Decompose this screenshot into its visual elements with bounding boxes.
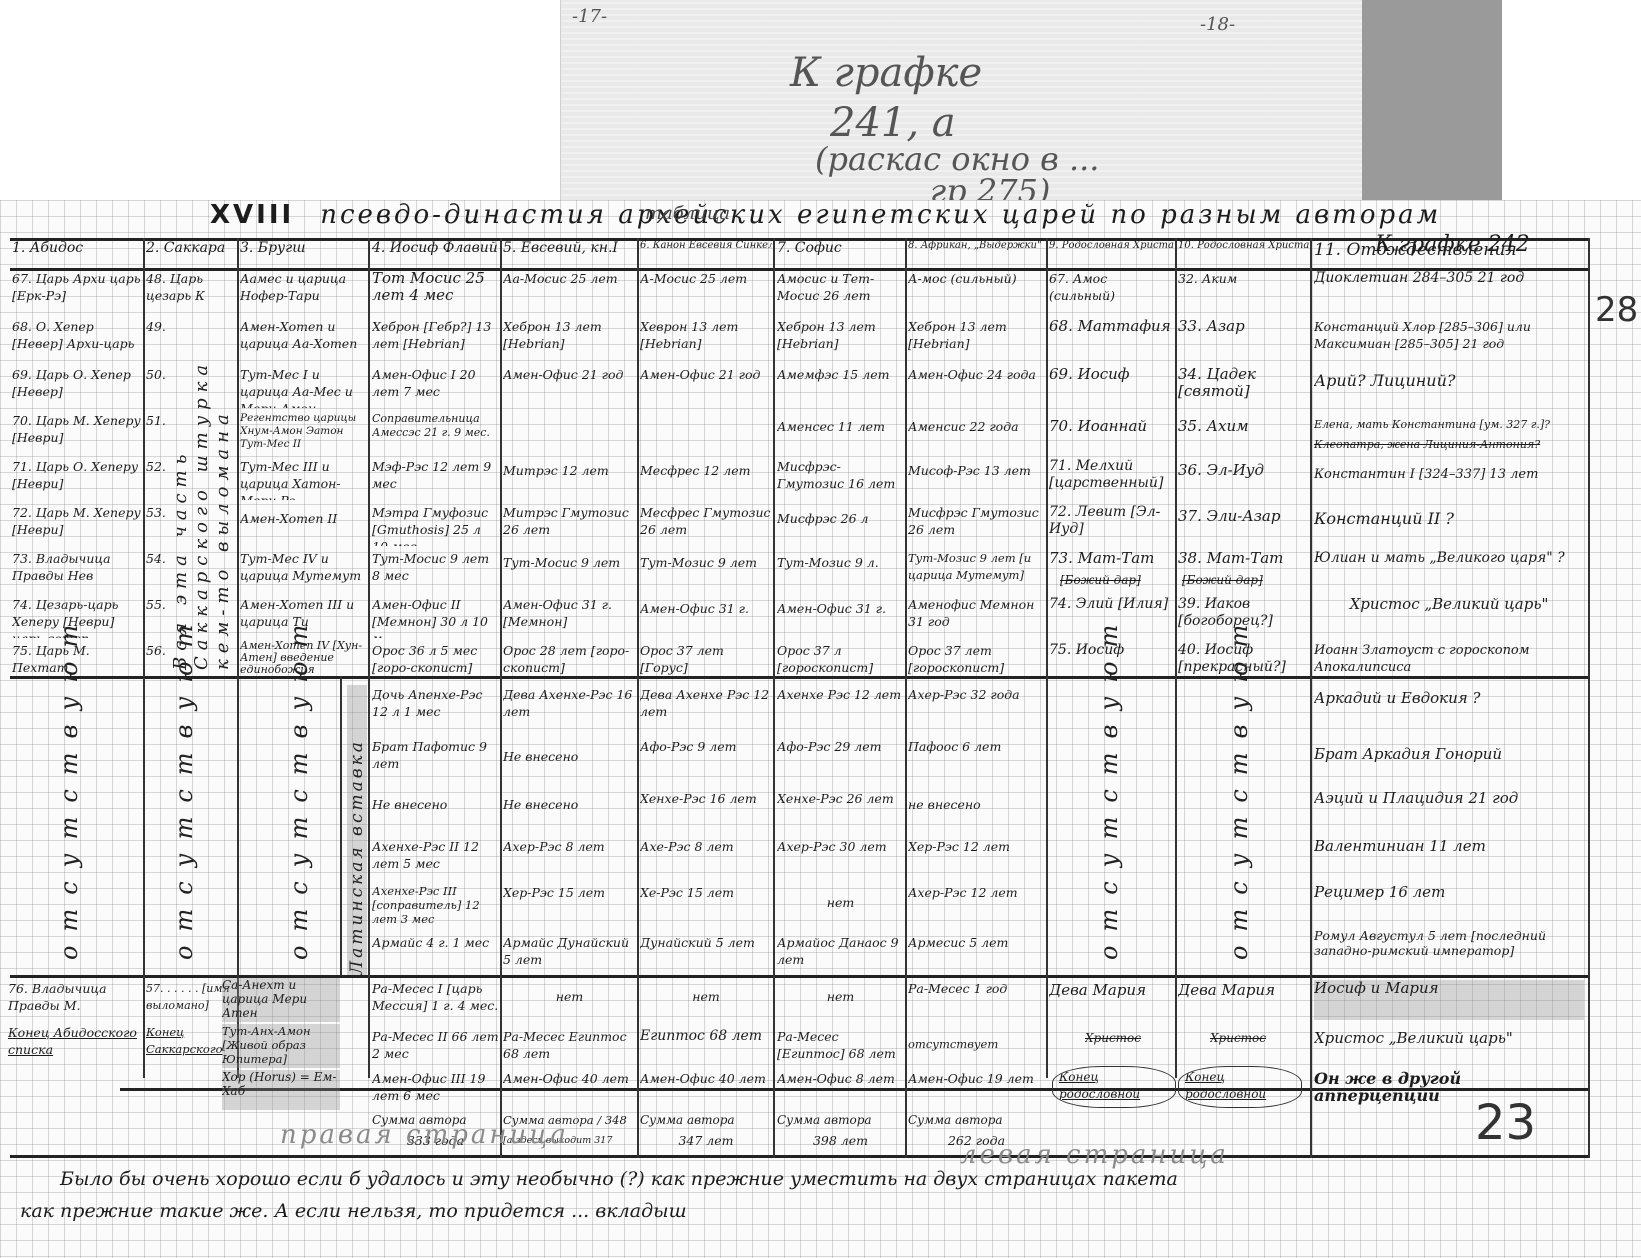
absent-label-luke: отсутствуют [1095,690,1123,960]
col-divider [637,238,639,1158]
cell-josephus: Брат Пафотис 9 лет [372,738,499,778]
cell-brugsch: Регентство царицы Хнум-Амон Эатон Тут-Ме… [240,412,367,454]
cell-luke-struck: [Божий дар] [1060,572,1170,590]
cell-josephus: Ра-Месес I [царь Мессия] 1 г. 4 мес. [372,980,499,1020]
cell-identification: Он же в другой апперцепции [1314,1070,1584,1110]
cell-matthew: 34. Цадек [святой] [1178,366,1309,408]
cell-sothis: Армайос Данаос 9 лет [777,934,904,974]
cell-identification: Ромул Августул 5 лет [последний западно-… [1314,928,1584,974]
cell-josephus: Амен-Офис I 20 лет 7 мес [372,366,499,408]
faint-label-left-page: левая страница [960,1140,1229,1170]
cell-identification: Аэций и Плацидия 21 год [1314,790,1584,830]
cell-africanus: Хер-Рэс 12 лет [908,838,1045,878]
cell-syncellus: Хеврон 13 лет [Hebrian] [640,318,772,360]
cell-identification: Елена, мать Константина [ум. 327 г.]? [1314,416,1584,436]
absent-label-abydos: отсутствуют [55,690,83,960]
cell-sothis: Ра-Месес [Египтос] 68 лет [777,1028,904,1068]
sum-label-syncellus: Сумма автора [640,1112,772,1130]
cell-luke: 71. Мелхий [царственный] [1049,458,1174,500]
cell-sothis: Ахер-Рэс 30 лет [777,838,904,878]
cell-eusebius: Тут-Мосис 9 лет [503,554,636,590]
column-header-syncellus: 6. Канон Евсевия Синкелос [640,240,772,268]
cell-eusebius: Амен-Офис 31 г. [Мемнон] [503,596,636,638]
col-divider [905,238,907,1158]
cell-identification: Арий? Лициний? [1314,372,1584,408]
cell-africanus: А-мос (сильный) [908,270,1045,312]
cell-luke: 70. Иоаннай [1049,418,1174,454]
cell-identification: Христос „Великий царь" [1314,596,1584,638]
cell-eusebius: Хер-Рэс 15 лет [503,884,636,924]
cell-eusebius: Митрэс Гмутозис 26 лет [503,504,636,546]
column-header-sothis: 7. Софис [777,240,904,268]
cell-identification: Констанций Хлор [285–306] или Максимиан … [1314,318,1584,366]
cell-sothis: Тут-Мозис 9 л. [777,554,904,590]
table-title: XVIIIпсевдо-династия архейских египетски… [210,200,1441,230]
cell-eusebius: Орос 28 лет [горо-скопист] [503,642,636,676]
faint-label-right-page: правая страница [280,1120,569,1150]
column-header-eusebius: 5. Евсевий, кн.I [503,240,636,268]
cell-josephus: Соправительница Амессэс 21 г. 9 мес. [372,412,499,454]
cell-syncellus: Тут-Мозис 9 лет [640,554,772,590]
handwritten-note-line-1: Было бы очень хорошо если б удалось и эт… [60,1168,1178,1190]
cell-brugsch: Тут-Мес I и царица Аа-Мес и Мери-Амон [240,366,367,408]
cell-sothis: Хеброн 13 лет [Hebrian] [777,318,904,360]
cell-luke: 73. Мат-Тат [1049,550,1174,572]
column-header-luke: 9. Родословная Христа у Луки [1049,240,1174,268]
cell-syncellus: Дунайский 5 лет [640,934,772,974]
cell-josephus: Амен-Офис II [Мемнон] 30 л 10 м [372,596,499,638]
cell-brugsch: Тут-Мес IV и царица Мутемут [240,550,367,592]
cell-eusebius: Хеброн 13 лет [Hebrian] [503,318,636,360]
cell-luke-struck: Христос [1085,1030,1165,1050]
cell-syncellus: Амен-Офис 21 год [640,366,772,408]
cell-syncellus: Орос 37 лет [Горус] [640,642,772,676]
cell-identification: Иоанн Златоуст с гороскопом Апокалипсиса [1314,642,1584,676]
cell-matthew: 37. Эли-Азар [1178,508,1309,544]
col-divider [1175,238,1177,1078]
cell-identification: Юлиан и мать „Великого царя" ? [1314,550,1584,592]
cell-africanus: Ра-Месес 1 год [908,980,1045,1020]
column-header-saqqara: 2. Саккара [146,240,236,268]
cell-eusebius [503,412,636,454]
absent-label-saqqara: отсутствуют [170,690,198,960]
cell-syncellus: Месфрес Гмутозис 26 лет [640,504,772,546]
cell-identification: Констанций II ? [1314,510,1584,540]
cell-sothis: Аменсес 11 лет [777,418,904,454]
page-number-28: 28 [1595,290,1638,330]
cell-eusebius: нет [503,988,636,1018]
cell-identification: Брат Аркадия Гонорий [1314,746,1584,776]
cell-sothis: нет [777,988,904,1018]
cell-sothis: Мисфрэс 26 л [777,510,904,546]
cell-eusebius: Дева Ахенхе-Рэс 16 лет [503,686,636,726]
cell-syncellus: Дева Ахенхе Рэс 12 лет [640,686,772,726]
cell-brugsch: Амен-Хотеп и царица Аа-Хотеп [240,318,367,360]
cell-matthew-struck: Христос [1210,1030,1290,1050]
sum-value-sothis: 398 лет [777,1132,904,1152]
cell-eusebius: Не внесено [503,796,636,826]
cell-identification: Константин I [324–337] 13 лет [1314,466,1584,496]
cell-luke: 72. Левит [Эл-Иуд] [1049,504,1174,546]
cell-identification: Аркадий и Евдокия ? [1314,690,1584,726]
cell-matthew-struck: [Божий дар] [1182,572,1302,590]
cell-syncellus: Хенхе-Рэс 16 лет [640,790,772,830]
end-of-luke-genealogy: Конец родословной Луки [1052,1066,1176,1108]
cell-josephus: Амен-Офис III 19 лет 6 мес [372,1070,499,1110]
end-of-matthew-genealogy: Конец родословной Матвея [1178,1066,1302,1108]
cell-sothis: нет [777,894,904,924]
cell-africanus: Ахер-Рэс 32 года [908,686,1045,726]
cell-eusebius: Амен-Офис 21 год [503,366,636,408]
cell-abydos: 72. Царь М. Хеперу [Неври] [12,504,142,546]
handwritten-note-line-2: как прежние такие же. А если нельзя, то … [20,1200,687,1222]
cell-josephus: Тот Мосис 25 лет 4 мес [372,270,499,312]
cell-africanus: Пафоос 6 лет [908,738,1045,778]
cell-identification: Рецимер 16 лет [1314,884,1584,924]
cell-eusebius: Не внесено [503,748,636,778]
cell-syncellus: Египтос 68 лет [640,1028,772,1068]
cell-africanus: отсутствует [908,1036,1045,1066]
cell-luke: Дева Мария [1049,982,1174,1012]
col-divider [368,238,370,1078]
cell-africanus: Тут-Мозис 9 лет [и царица Мутемут] [908,550,1045,592]
cell-luke: 68. Маттафия [1049,318,1174,360]
cell-identification: Диоклетиан 284–305 21 год [1314,270,1584,312]
cell-eusebius: Аа-Мосис 25 лет [503,270,636,312]
cell-matthew: 36. Эл-Иуд [1178,462,1309,498]
cell-eusebius: Ра-Месес Египтос 68 лет [503,1028,636,1068]
cell-abydos: 73. Владычица Правды Нев [12,550,142,592]
cell-identification: Христос „Великий царь" [1314,1030,1584,1070]
cell-saqqara: 48. Царь цезарь К [146,270,236,312]
cell-africanus: Армесис 5 лет [908,934,1045,974]
cell-africanus: Мисфрэс Гмутозис 26 лет [908,504,1045,546]
cell-matthew: 33. Азар [1178,318,1309,360]
cell-josephus: Не внесено [372,796,499,826]
col-divider [237,238,239,1078]
cell-identification: Иосиф и Мария [1314,980,1584,1020]
page-number-right: -18- [1200,14,1235,35]
cell-josephus: Мэф-Рэс 12 лет 9 мес [372,458,499,500]
cell-abydos: 70. Царь М. Хеперу [Неври] [12,412,142,454]
cell-josephus: Ахенхе-Рэс III [соправитель] 12 лет 3 ме… [372,884,499,930]
cell-sothis: Амемфэс 15 лет [777,366,904,408]
rule-section-1 [10,676,1590,679]
latin-insertion-label: Латинская вставка [347,685,367,975]
cell-africanus: не внесено [908,796,1045,826]
cell-syncellus: Амен-Офис 31 г. [640,600,772,636]
cell-africanus: Амен-Офис 24 года [908,366,1045,408]
cell-identification: Валентиниан 11 лет [1314,838,1584,878]
cell-brugsch: Тут-Мес III и царица Хатон-Мери Рэ [240,458,367,500]
absent-label-brugsch: отсутствуют [285,690,313,960]
cell-brugsch: Амен-Хотеп II [240,510,367,546]
column-header-africanus: 8. Африкан, „Выдержки" [908,240,1045,268]
cell-matthew: 32. Аким [1178,270,1309,312]
cell-josephus: Мэтра Гмуфозис [Gmuthosis] 25 л 10 мес [372,504,499,546]
cell-abydos: 67. Царь Архи царь [Ерк-Рэ] [12,270,142,312]
column-header-brugsch: 3. Бругш [240,240,367,268]
cell-abydos: 76. Владычица Правды М. [8,980,142,1016]
col-divider [1310,238,1312,1158]
absent-label-matthew: отсутствуют [1225,690,1253,960]
cell-josephus: Орос 36 л 5 мес [горо-скопист] [372,642,499,676]
cell-eusebius: Армайс Дунайский 5 лет [503,934,636,974]
cell-syncellus: Ахе-Рэс 8 лет [640,838,772,878]
cell-abydos: 69. Царь О. Хепер [Невер] [12,366,142,408]
cell-africanus: Хеброн 13 лет [Hebrian] [908,318,1045,360]
cell-eusebius: Амен-Офис 40 лет [503,1070,636,1110]
column-header-identifications: 11. Отождествления [1314,240,1584,268]
page-number-left: -17- [572,6,607,27]
cell-syncellus: А-Мосис 25 лет [640,270,772,312]
brugsch-entry-2: Тут-Анх-Амон [Живой образ Юпитера] [222,1024,340,1068]
cell-syncellus: Амен-Офис 40 лет [640,1070,772,1110]
cell-josephus: Тут-Мосис 9 лет 8 мес [372,550,499,592]
column-header-josephus: 4. Иосиф Флавий [372,240,499,268]
sum-value-syncellus: 347 лет [640,1132,772,1152]
cell-josephus: Армайс 4 г. 1 мес [372,934,499,974]
cell-eusebius: Митрэс 12 лет [503,462,636,498]
col-divider [500,238,502,1158]
col-divider [340,676,342,976]
cell-africanus: Аменсис 22 года [908,418,1045,454]
col-divider [1588,238,1590,1158]
cell-matthew: 38. Мат-Тат [1178,550,1309,572]
page-number-23: 23 [1475,1095,1536,1151]
cell-eusebius: Ахер-Рэс 8 лет [503,838,636,878]
cell-identification-struck: Клеопатра, жена Лициния-Антония? [1314,436,1584,454]
note-line-1: К графке [790,50,982,96]
cell-sothis: Амен-Офис 31 г. [777,600,904,636]
cell-sothis: Хенхе-Рэс 26 лет [777,790,904,830]
title-roman: XVIII [210,200,294,230]
cell-josephus: Дочь Апенхе-Рэс 12 л 1 мес [372,686,499,726]
cell-sothis: Мисфрэс-Гмутозис 16 лет [777,458,904,500]
title-text: псевдо-династия архейских египетских цар… [320,200,1441,230]
cell-syncellus [640,412,772,454]
cell-africanus: Мисоф-Рэс 13 лет [908,462,1045,498]
cell-sothis: Афо-Рэс 29 лет [777,738,904,778]
column-header-abydos: 1. Абидос [12,240,142,268]
cell-syncellus: Афо-Рэс 9 лет [640,738,772,778]
col-divider [773,238,775,1158]
col-divider [143,238,145,1078]
cell-abydos: 68. О. Хепер [Невер] Архи-царь [12,318,142,360]
cell-syncellus: Хе-Рэс 15 лет [640,884,772,924]
abydos-end-note: Конец Абидосского списка [8,1024,142,1064]
cell-josephus: Ра-Месес II 66 лет 2 мес [372,1028,499,1068]
cell-africanus: Аменофис Мемнон 31 год [908,596,1045,638]
cell-africanus: Орос 37 лет [гороскопист] [908,642,1045,676]
cell-sothis: Амен-Офис 8 лет [777,1070,904,1110]
col-divider [1046,238,1048,1078]
cell-matthew: 35. Ахим [1178,418,1309,454]
cell-luke: 69. Иосиф [1049,366,1174,408]
cell-sothis: Ахенхе Рэс 12 лет [777,686,904,726]
cell-africanus: Ахер-Рэс 12 лет [908,884,1045,924]
cell-syncellus: Месфрес 12 лет [640,462,772,498]
brugsch-entry-3: Хор (Horus) = Ем-Хаб [222,1070,340,1110]
cell-josephus: Хеброн [Гебр?] 13 лет [Hebrian] [372,318,499,360]
cell-sothis: Амосис и Тет-Мосис 26 лет [777,270,904,312]
cell-sothis: Орос 37 л [гороскопист] [777,642,904,676]
brugsch-entry-1: Са-Анехт и царица Мери Атен [222,978,340,1022]
cell-luke: 67. Амос (сильный) [1049,270,1174,312]
cell-josephus: Ахенхе-Рэс II 12 лет 5 мес [372,838,499,878]
cell-africanus: Амен-Офис 19 лет [908,1070,1045,1110]
cell-brugsch: Аамес и царица Нофер-Тари [240,270,367,312]
sum-label-africanus: Сумма автора [908,1112,1045,1130]
title-superscript: таблица [645,203,730,224]
column-header-matthew: 10. Родословная Христа у Матфея [1178,240,1309,268]
cell-abydos: 71. Царь О. Хеперу [Неври] [12,458,142,500]
rule-bottom [10,1155,1590,1158]
sum-label-sothis: Сумма автора [777,1112,904,1130]
cell-matthew: Дева Мария [1178,982,1309,1012]
cell-syncellus: нет [640,988,772,1018]
